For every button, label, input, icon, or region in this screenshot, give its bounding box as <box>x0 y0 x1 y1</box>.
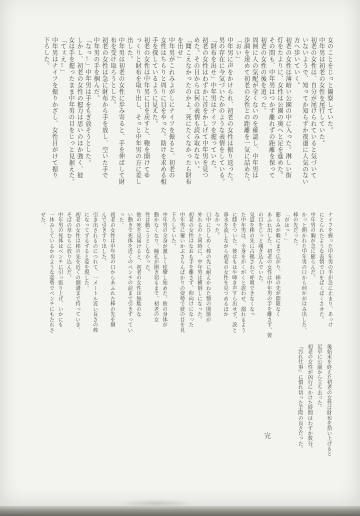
text-column: い動きで死体を近くのベンチの前まで引きずってい <box>124 212 133 340</box>
scan-edge-shadow <box>0 506 360 516</box>
text-column: そばの草むらに放り込んだ。 <box>63 212 72 340</box>
text-column: しかし、初老の女性の握力は思いのほか強く、彼 <box>74 37 82 209</box>
text-column: 中年男は初老の女性に歩み寄ると、手を伸ばして財 <box>116 37 124 209</box>
text-column: 鼻水を流しながら初老の女性を見つめるほか <box>220 212 229 340</box>
text-column: 「てぇえ!」 <box>58 37 66 209</box>
text-column: 彼の死を見届けると、初老の女性は無駄のな <box>133 212 142 340</box>
text-column: 一休みしているかのような姿勢でベンチにもたれさ <box>46 212 55 340</box>
text-column: 初老の女性は中年男に目を戻すと、鞄を開けてゆ <box>141 37 149 209</box>
text-column: 動かなくなり、瞳孔が開き切るまで、初老の女 <box>150 212 159 340</box>
text-column: 「がはっ!」 <box>281 212 290 340</box>
text-column: 手を探しているように見えた。 <box>149 37 157 209</box>
text-column: 初老の女性が凶行にかけた時間はわずか数分。 <box>304 344 314 458</box>
text-column: 中年男がこれみよがしにナイフを振ると、初老の <box>166 37 174 209</box>
text-column: の目をじっと覗き込んでいた。 <box>255 212 264 340</box>
text-column: 女のことをじっと観察していた。 <box>325 37 333 209</box>
text-column: 「なっ!」中年男は手をもぎ放そうとした。 <box>83 37 91 209</box>
text-column: 引き出されるのにつれて、一メートル近い長さの棒 <box>89 212 98 340</box>
text-column: かっと開かれた中年男の口から何かがはみ出した。 <box>298 212 307 340</box>
text-column: にとられたような表情で口をぱくぱくさせた。 <box>316 212 325 340</box>
text-column: 初老の女性の後を追った。 <box>258 37 266 209</box>
text-column: 足早に公園から立ち去った。 <box>314 344 324 458</box>
text-column: 中年男は初老の女性を尾行していた。 <box>316 37 324 209</box>
text-column: 下ろしていた。 <box>168 212 177 340</box>
text-column: 中年男に声をかけられ、初老の女性は振り返った。 <box>225 37 233 209</box>
text-column: 初老の女性は、自分が尾けられていると気づいて <box>308 37 316 209</box>
text-column: いないようで、知ってか知らずか夜道に人気のない <box>300 37 308 209</box>
text-column: 女性はちらりと周りに目をやった。助けを求める相 <box>158 37 166 209</box>
text-column: た中年男は、全身をがくがくと震わせ、溺れるよう <box>237 212 246 340</box>
text-column: 男の存在に今気づいたかのような表情をしている。 <box>216 37 224 209</box>
text-column: 「おい」 <box>233 37 241 209</box>
text-column: 周囲に人の気配が全くないのを確認し、中年男は <box>250 37 258 209</box>
text-column: 布を受け取ろうとした。 <box>108 37 116 209</box>
text-column: 下ろした。 <box>41 37 49 209</box>
text-column: を出せ」 <box>174 37 182 209</box>
scanned-page: 女のことをじっと観察していた。中年男は初老の女性を尾行していた。初老の女性は、自… <box>0 0 360 516</box>
text-column: 中年男の死体はベンチに引っ張り上げ、いかにも <box>55 212 64 340</box>
text-column: めた。その目からは何の表情も読み取れない。 <box>191 37 199 209</box>
text-column: 口中にひしめく棒の先に耐えかねた顎の関節が <box>202 212 211 340</box>
text-column: ナイフを握った中年男の手が急に止まり、あっけ <box>324 212 333 340</box>
text-column: 初老の女性はわずかに首をかしげて中年男を見つ <box>200 37 208 209</box>
text-column: 初老の女性は薄暗い公園の中に入った。淋しい街 <box>283 37 291 209</box>
text-column: 中年男に覆いかぶさらんばかりの姿勢で彼の目を見 <box>176 212 185 340</box>
text-column: 初老の女性は棒の先を近くの側溝まで持っていき、 <box>72 212 81 340</box>
text-column: 出した。 <box>124 37 132 209</box>
text-block-middle: ナイフを握った中年男の手が急に止まり、あっけにとられたような表情で口をぱくぱくさ… <box>34 212 333 340</box>
text-column: った。 <box>115 212 124 340</box>
text-column: せた。 <box>37 212 46 340</box>
text-column: 棒の先だった。 <box>289 212 298 340</box>
text-column: 外れるのと同時に、中年男は横倒しになった。 <box>194 212 203 340</box>
text-block-top: 女のことをじっと観察していた。中年男は初老の女性を尾行していた。初老の女性は、自… <box>35 37 333 209</box>
text-column: 初老の女性は中年男の口からあふれた棒の先を掴 <box>107 212 116 340</box>
text-column: 中年男はナイフを振りかざし、女性目がけて振り <box>49 37 57 209</box>
text-column: その間も、中年男はつかず離れずの距離を保って <box>266 37 274 209</box>
text-column: 『汚れ仕事』に慣れ切った手際の良さだった。 <box>295 344 305 458</box>
text-block-bottom: 後始末を終えた初老の女性は財布を拾い上げると足早に公園から立ち去った。初老の女性… <box>291 344 333 458</box>
text-column: に膝をついた。彼はもはや呻き声すら出せず、涙と <box>229 212 238 340</box>
text-column: 方へ歩いていく。 <box>291 37 299 209</box>
text-column: 「聞こえなかったのかよ。死にたくなかったら財布 <box>183 37 191 209</box>
text-column: 女は手を握ったまま中年男の目をじっと見据えた。 <box>66 37 74 209</box>
text-column: 初老の女性はなおも手を離さず、仰向けになった <box>185 212 194 340</box>
text-column: 膨らみが喉にまで広がり、棒の先が際限なく <box>272 212 281 340</box>
text-column: になってずるずると姿を現した。 <box>81 212 90 340</box>
text-column: 中年男の手を掴んだ。 <box>91 37 99 209</box>
text-column: 中年男の全身が激しく痙攣し始めた。彼の身体が <box>159 212 168 340</box>
text-column: 初老の女性は急に財布から手を放し、空いた手で <box>99 37 107 209</box>
text-column: 中年男の胸が急に膨らんだ。 <box>307 212 316 340</box>
text-column: なかった。 <box>211 212 220 340</box>
text-column: 気道を棒の先に占拠されて呼吸できなくなっ <box>246 212 255 340</box>
text-column: んで引きずり出した。 <box>98 212 107 340</box>
text-column: 歩調を速めて初老の女性との距離を一気に詰めた。 <box>241 37 249 209</box>
text-column: 後始末を終えた初老の女性は財布を拾い上げると <box>323 344 333 458</box>
text-column: 「財布を出せ」中年男はナイフを握っていた。 <box>208 37 216 209</box>
text-column: 性は動こうとしなかった。 <box>142 212 151 340</box>
text-column: っくりと財布を取り出し、そっと中年男の方に差し <box>133 37 141 209</box>
text-column: 灯をたよりに、女性は公園の奥へと足を進めた。 <box>275 37 283 209</box>
end-mark: 完 <box>262 432 271 439</box>
text-column: あふれ出した。初老の女性は中年男の手を離さず、彼 <box>263 212 272 340</box>
